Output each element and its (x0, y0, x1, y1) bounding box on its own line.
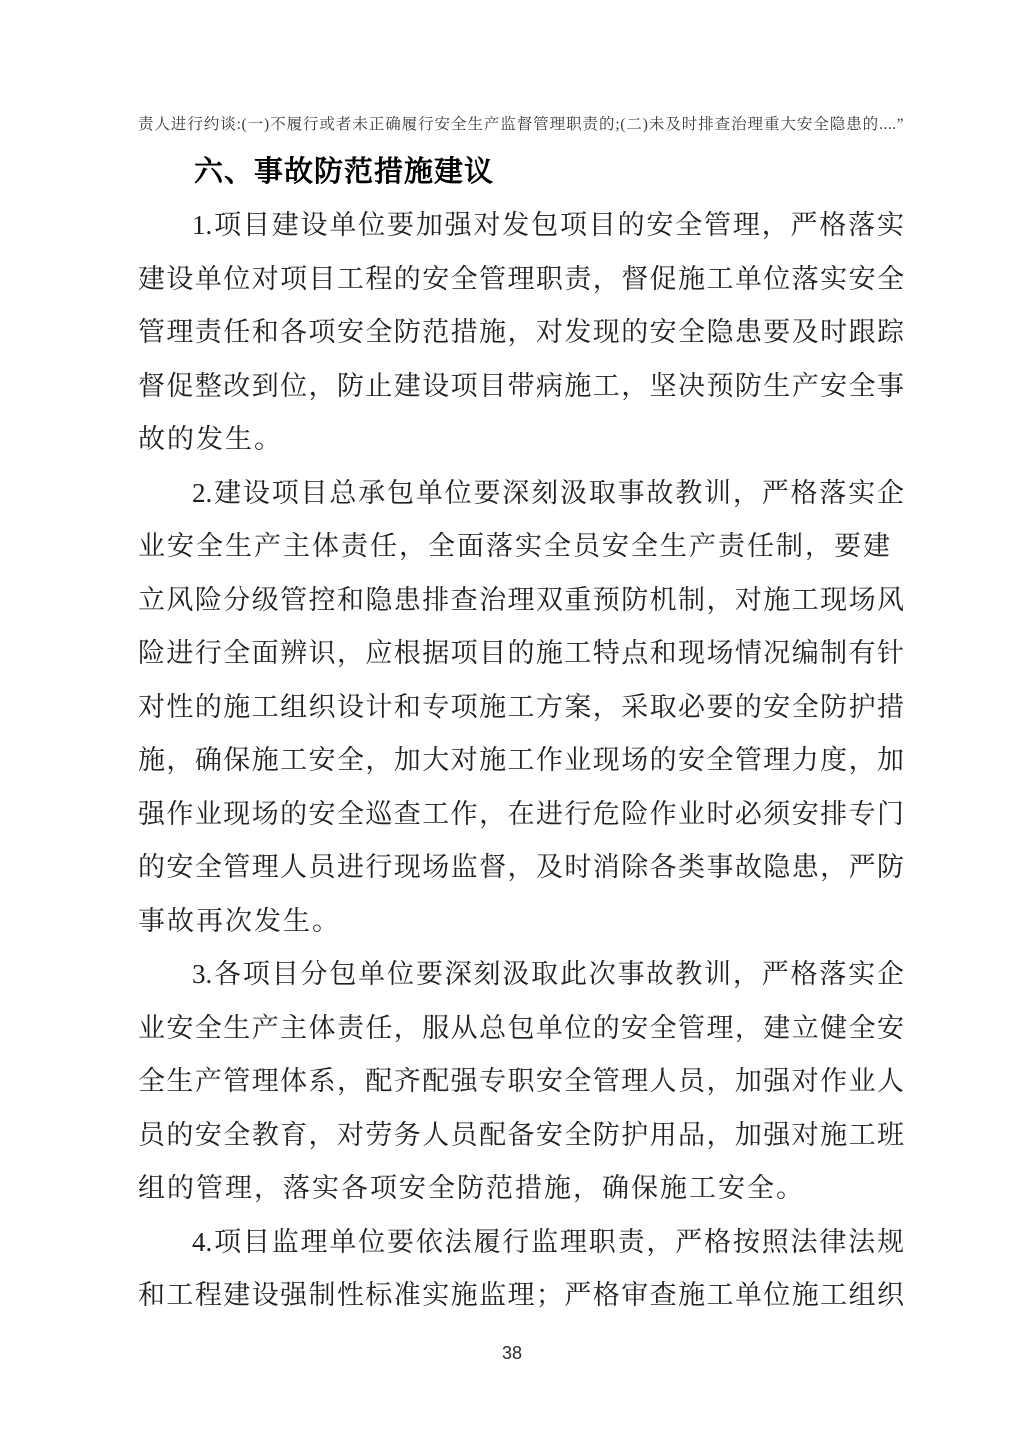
text-line: 3.各项目分包单位要深刻汲取此次事故教训，严格落实企 (138, 948, 904, 1002)
text-line: 业安全生产主体责任，服从总包单位的安全管理，建立健全安 (138, 1002, 904, 1056)
text-line: 建设单位对项目工程的安全管理职责，督促施工单位落实安全 (138, 253, 904, 307)
paragraph: 3.各项目分包单位要深刻汲取此次事故教训，严格落实企业安全生产主体责任，服从总包… (138, 948, 904, 1216)
paragraph: 1.项目建设单位要加强对发包项目的安全管理，严格落实建设单位对项目工程的安全管理… (138, 199, 904, 467)
section-heading: 六、事故防范措施建议 (138, 153, 904, 191)
text-line: 对性的施工组织设计和专项施工方案，采取必要的安全防护措 (138, 681, 904, 735)
text-line: 组的管理，落实各项安全防范措施，确保施工安全。 (138, 1162, 904, 1216)
paragraph: 2.建设项目总承包单位要深刻汲取事故教训，严格落实企业安全生产主体责任，全面落实… (138, 467, 904, 949)
text-line: 全生产管理体系，配齐配强专职安全管理人员，加强对作业人 (138, 1055, 904, 1109)
text-line: 施，确保施工安全，加大对施工作业现场的安全管理力度，加 (138, 734, 904, 788)
text-line: 立风险分级管控和隐患排查治理双重预防机制，对施工现场风 (138, 574, 904, 628)
text-line: 业安全生产主体责任，全面落实全员安全生产责任制，要建 (138, 520, 904, 574)
text-line: 故的发生。 (138, 413, 904, 467)
text-line: 的安全管理人员进行现场监督，及时消除各类事故隐患，严防 (138, 841, 904, 895)
text-line: 险进行全面辨识，应根据项目的施工特点和现场情况编制有针 (138, 627, 904, 681)
text-line: 管理责任和各项安全防范措施，对发现的安全隐患要及时跟踪 (138, 306, 904, 360)
text-line: 强作业现场的安全巡查工作，在进行危险作业时必须安排专门 (138, 788, 904, 842)
page-content: 责人进行约谈:(一)不履行或者未正确履行安全生产监督管理职责的;(二)未及时排查… (138, 114, 904, 1323)
page-number: 38 (0, 1343, 1024, 1364)
text-line: 1.项目建设单位要加强对发包项目的安全管理，严格落实 (138, 199, 904, 253)
text-line: 员的安全教育，对劳务人员配备安全防护用品，加强对施工班 (138, 1109, 904, 1163)
paragraph: 4.项目监理单位要依法履行监理职责，严格按照法律法规和工程建设强制性标准实施监理… (138, 1216, 904, 1323)
text-line: 2.建设项目总承包单位要深刻汲取事故教训，严格落实企 (138, 467, 904, 521)
text-line: 和工程建设强制性标准实施监理；严格审查施工单位施工组织 (138, 1269, 904, 1323)
carryover-text: 责人进行约谈:(一)不履行或者未正确履行安全生产监督管理职责的;(二)未及时排查… (138, 114, 904, 136)
document-page: 责人进行约谈:(一)不履行或者未正确履行安全生产监督管理职责的;(二)未及时排查… (0, 0, 1024, 1448)
body-paragraphs: 1.项目建设单位要加强对发包项目的安全管理，严格落实建设单位对项目工程的安全管理… (138, 199, 904, 1323)
text-line: 4.项目监理单位要依法履行监理职责，严格按照法律法规 (138, 1216, 904, 1270)
text-line: 事故再次发生。 (138, 895, 904, 949)
text-line: 督促整改到位，防止建设项目带病施工，坚决预防生产安全事 (138, 360, 904, 414)
